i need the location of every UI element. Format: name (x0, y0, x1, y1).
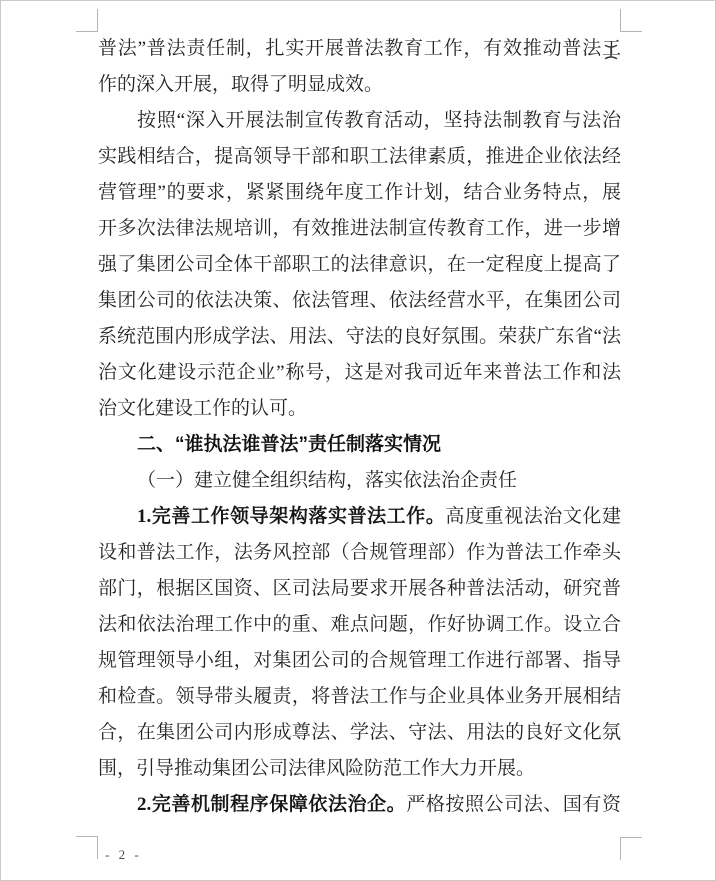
text-boundary-mark-bottom-right (620, 837, 642, 860)
document-page: 普法”普法责任制，扎实开展普法教育工作，有效推动普法工 作的深入开展，取得了明显… (0, 0, 716, 881)
text-line: 作的深入开展，取得了明显成效。 (98, 67, 621, 103)
text-boundary-mark-bottom-left (76, 836, 98, 859)
text-line: 实践相结合，提高领导干部和职工法律素质，推进企业依法经 (98, 139, 621, 175)
text-boundary-mark-top-left (76, 9, 98, 32)
subsection-heading: （一）建立健全组织结构，落实依法治企责任 (98, 463, 621, 499)
page-number: - 2 - (105, 847, 142, 863)
document-edit-area[interactable]: 普法”普法责任制，扎实开展普法教育工作，有效推动普法工 作的深入开展，取得了明显… (98, 31, 621, 823)
text-line: 集团公司的依法决策、依法管理、依法经营水平，在集团公司 (98, 283, 621, 319)
i-beam-cursor-icon (603, 44, 619, 60)
text-line: 2.完善机制程序保障依法治企。严格按照公司法、国有资 (98, 787, 621, 823)
text-run: 高度重视法治文化建 (445, 506, 621, 527)
text-run: 严格按照公司法、国有资 (406, 794, 621, 815)
text-line: 部门，根据区国资、区司法局要求开展各种普法活动，研究普 (98, 571, 621, 607)
text-line: 围，引导推动集团公司法律风险防范工作大力开展。 (98, 751, 621, 787)
text-line: 合，在集团公司内形成尊法、学法、守法、用法的良好文化氛 (98, 715, 621, 751)
text-line: 按照“深入开展法制宣传教育活动，坚持法制教育与法治 (98, 103, 621, 139)
text-line: 普法”普法责任制，扎实开展普法教育工作，有效推动普法工 (98, 31, 621, 67)
text-line: 法和依法治理工作中的重、难点问题，作好协调工作。设立合 (98, 607, 621, 643)
text-line: 1.完善工作领导架构落实普法工作。高度重视法治文化建 (98, 499, 621, 535)
text-line: 规管理领导小组，对集团公司的合规管理工作进行部署、指导 (98, 643, 621, 679)
text-line: 设和普法工作，法务风控部（合规管理部）作为普法工作牵头 (98, 535, 621, 571)
text-line: 治文化建设示范企业”称号，这是对我司近年来普法工作和法 (98, 355, 621, 391)
section-heading: 二、“谁执法谁普法”责任制落实情况 (98, 427, 621, 463)
bold-run: 1.完善工作领导架构落实普法工作。 (137, 506, 445, 527)
bold-run: 2.完善机制程序保障依法治企。 (137, 794, 406, 815)
text-line: 和检查。领导带头履责，将普法工作与企业具体业务开展相结 (98, 679, 621, 715)
text-line: 开多次法律法规培训，有效推进法制宣传教育工作，进一步增 (98, 211, 621, 247)
text-boundary-mark-top-right (620, 9, 642, 32)
text-line: 强了集团公司全体干部职工的法律意识，在一定程度上提高了 (98, 247, 621, 283)
text-line: 系统范围内形成学法、用法、守法的良好氛围。荣获广东省“法 (98, 319, 621, 355)
text-line: 营管理”的要求，紧紧围绕年度工作计划，结合业务特点，展 (98, 175, 621, 211)
text-line: 治文化建设工作的认可。 (98, 391, 621, 427)
